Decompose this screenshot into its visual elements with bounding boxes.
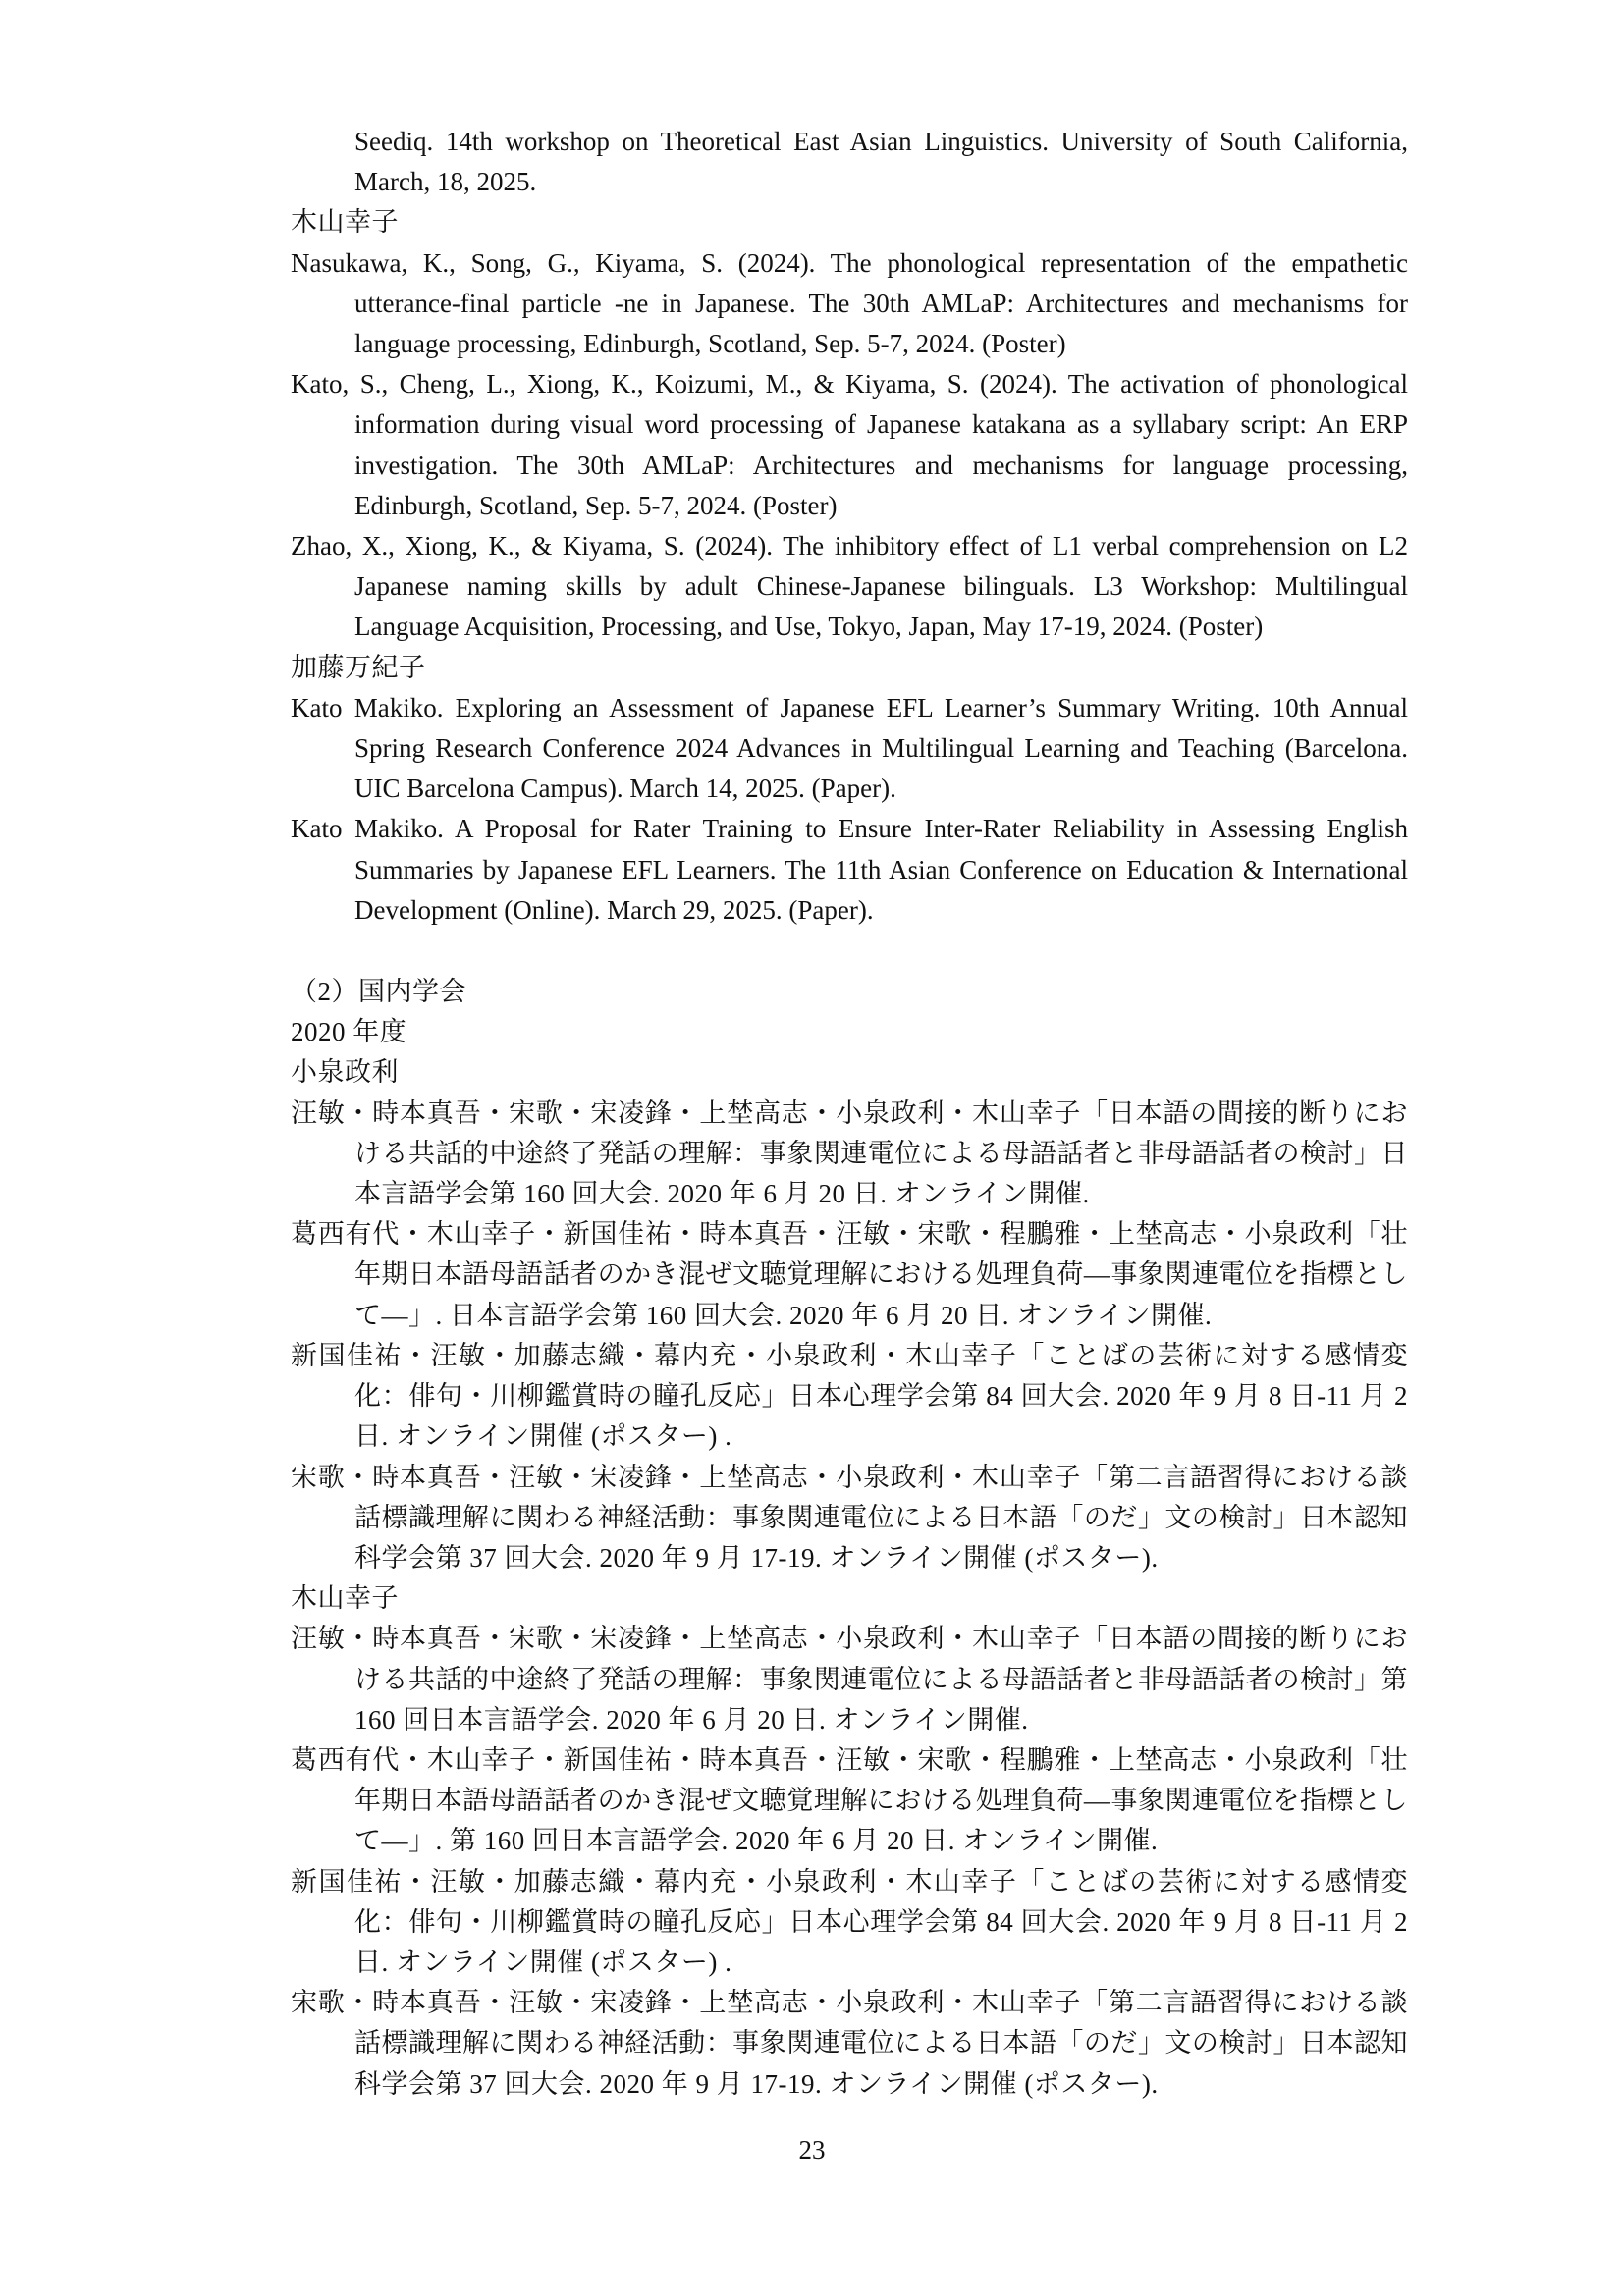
reference-entry: 宋歌・時本真吾・汪敏・宋凌鋒・上埜高志・小泉政利・木山幸子「第二言語習得における… [291, 1458, 1408, 1579]
reference-entry: Kato Makiko. A Proposal for Rater Traini… [291, 809, 1408, 931]
reference-entry: 新国佳祐・汪敏・加藤志織・幕内充・小泉政利・木山幸子「ことばの芸術に対する感情変… [291, 1862, 1408, 1984]
author-heading: 木山幸子 [291, 1578, 1408, 1619]
reference-entry: 新国佳祐・汪敏・加藤志織・幕内充・小泉政利・木山幸子「ことばの芸術に対する感情変… [291, 1336, 1408, 1458]
year-heading: 2020 年度 [291, 1012, 1408, 1052]
page-number: 23 [0, 2135, 1624, 2165]
reference-continuation: Seediq. 14th workshop on Theoretical Eas… [291, 122, 1408, 202]
reference-entry: Kato, S., Cheng, L., Xiong, K., Koizumi,… [291, 364, 1408, 526]
author-heading: 木山幸子 [291, 202, 1408, 242]
reference-entry: 汪敏・時本真吾・宋歌・宋凌鋒・上埜高志・小泉政利・木山幸子「日本語の間接的断りに… [291, 1094, 1408, 1215]
reference-entry: 葛西有代・木山幸子・新国佳祐・時本真吾・汪敏・宋歌・程鵬雅・上埜高志・小泉政利「… [291, 1740, 1408, 1862]
author-heading: 小泉政利 [291, 1052, 1408, 1093]
reference-entry: Kato Makiko. Exploring an Assessment of … [291, 688, 1408, 810]
reference-entry: 葛西有代・木山幸子・新国佳祐・時本真吾・汪敏・宋歌・程鵬雅・上埜高志・小泉政利「… [291, 1214, 1408, 1336]
document-page: Seediq. 14th workshop on Theoretical Eas… [291, 122, 1408, 2105]
author-heading: 加藤万紀子 [291, 648, 1408, 688]
reference-entry: 宋歌・時本真吾・汪敏・宋凌鋒・上埜高志・小泉政利・木山幸子「第二言語習得における… [291, 1983, 1408, 2105]
reference-entry: Zhao, X., Xiong, K., & Kiyama, S. (2024)… [291, 526, 1408, 648]
section-spacer [291, 931, 1408, 972]
reference-entry: Nasukawa, K., Song, G., Kiyama, S. (2024… [291, 243, 1408, 365]
section-title: （2）国内学会 [291, 972, 1408, 1012]
reference-entry: 汪敏・時本真吾・宋歌・宋凌鋒・上埜高志・小泉政利・木山幸子「日本語の間接的断りに… [291, 1619, 1408, 1740]
